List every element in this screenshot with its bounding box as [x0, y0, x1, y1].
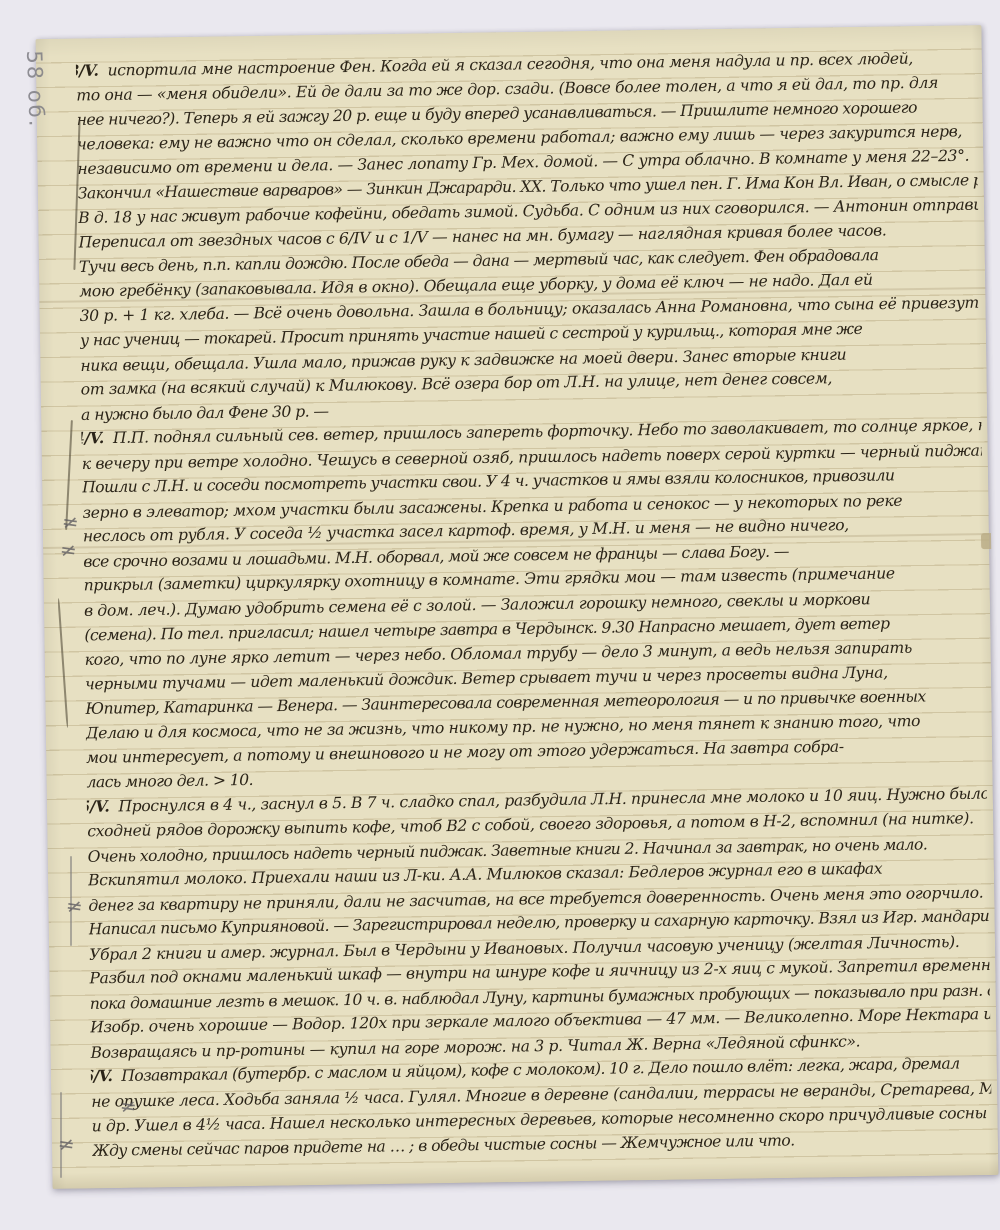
- margin-cross-mark: ≠: [119, 1095, 138, 1117]
- scanned-page: 13/V. испортила мне настроение Фен. Когд…: [0, 0, 1000, 1230]
- margin-cross-mark: ≠: [61, 511, 80, 533]
- manuscript-text: 13/V. испортила мне настроение Фен. Когд…: [76, 45, 993, 1188]
- manuscript-paper: 13/V. испортила мне настроение Фен. Когд…: [36, 25, 999, 1189]
- foliation-number: 58 об.: [22, 50, 47, 77]
- margin-cross-mark: ≠: [59, 539, 78, 561]
- margin-cross-mark: ≠: [65, 895, 84, 917]
- entry-date: 15/V.: [87, 797, 119, 817]
- margin-cross-mark: ≠: [57, 1133, 76, 1155]
- entry-date: 16/V.: [91, 1066, 122, 1086]
- entry-date: 14/V.: [81, 428, 113, 448]
- entry-date: 13/V.: [76, 61, 108, 81]
